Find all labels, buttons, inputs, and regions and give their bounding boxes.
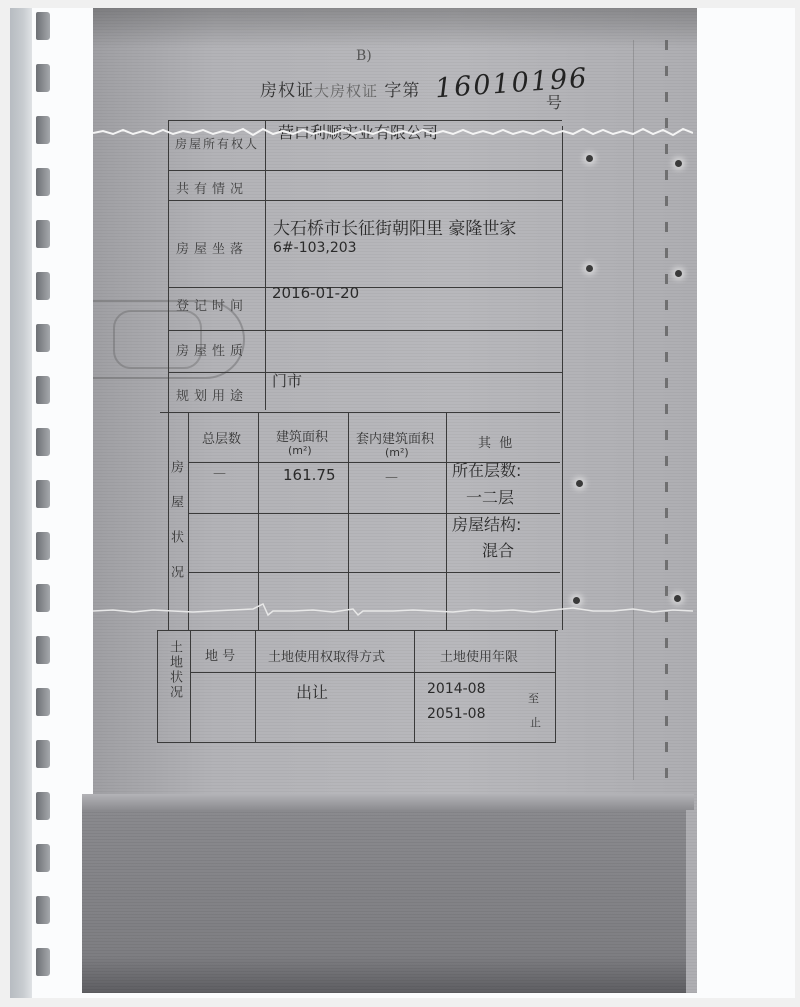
other-header: 其 他: [478, 432, 512, 451]
scan-tear-line: [93, 125, 693, 139]
location-label: 房屋坐落: [176, 238, 248, 257]
acquisition-header: 土地使用权取得方式: [268, 646, 385, 665]
total-floors-value: —: [213, 466, 226, 481]
building-area-unit: (m²): [288, 444, 312, 457]
co-ownership-label: 共有情况: [176, 178, 248, 197]
term-header: 土地使用年限: [440, 646, 518, 665]
inner-area-value: —: [385, 470, 398, 485]
floor-label: 所在层数:: [452, 458, 521, 481]
house-status-label: 房屋状况: [166, 460, 185, 600]
acquisition-value: 出让: [296, 680, 328, 703]
scan-tear-line: [93, 603, 693, 617]
planned-use-value: 门市: [272, 370, 302, 391]
planned-use-label: 规划用途: [176, 385, 248, 404]
land-status-label: 土地状况: [165, 640, 184, 700]
structure-value: 混合: [482, 538, 514, 561]
building-area-value: 161.75: [283, 466, 336, 484]
structure-label: 房屋结构:: [452, 512, 521, 535]
term-from-to: 至: [528, 690, 539, 706]
inner-area-unit: (m²): [385, 446, 409, 459]
total-floors-header: 总层数: [202, 428, 241, 447]
term-stop: 止: [530, 714, 541, 730]
register-date-value: 2016-01-20: [272, 284, 359, 302]
term-start-value: 2014-08: [427, 681, 486, 697]
inner-area-header: 套内建筑面积: [356, 428, 434, 447]
lot-number-header: 地 号: [205, 645, 235, 664]
location-value-line2: 6#-103,203: [273, 240, 357, 256]
ownership-table: 房屋所有权人 营口利顺实业有限公司 共有情况 房屋坐落 大石桥市长征街朝阳里 豪…: [0, 0, 800, 1007]
location-value-line1: 大石桥市长征街朝阳里 豪隆世家: [273, 214, 516, 239]
floor-value: 一二层: [466, 485, 514, 508]
house-nature-label: 房屋性质: [176, 340, 248, 359]
register-date-label: 登记时间: [176, 295, 248, 314]
term-end-value: 2051-08: [427, 706, 486, 722]
building-area-header: 建筑面积: [276, 426, 328, 445]
